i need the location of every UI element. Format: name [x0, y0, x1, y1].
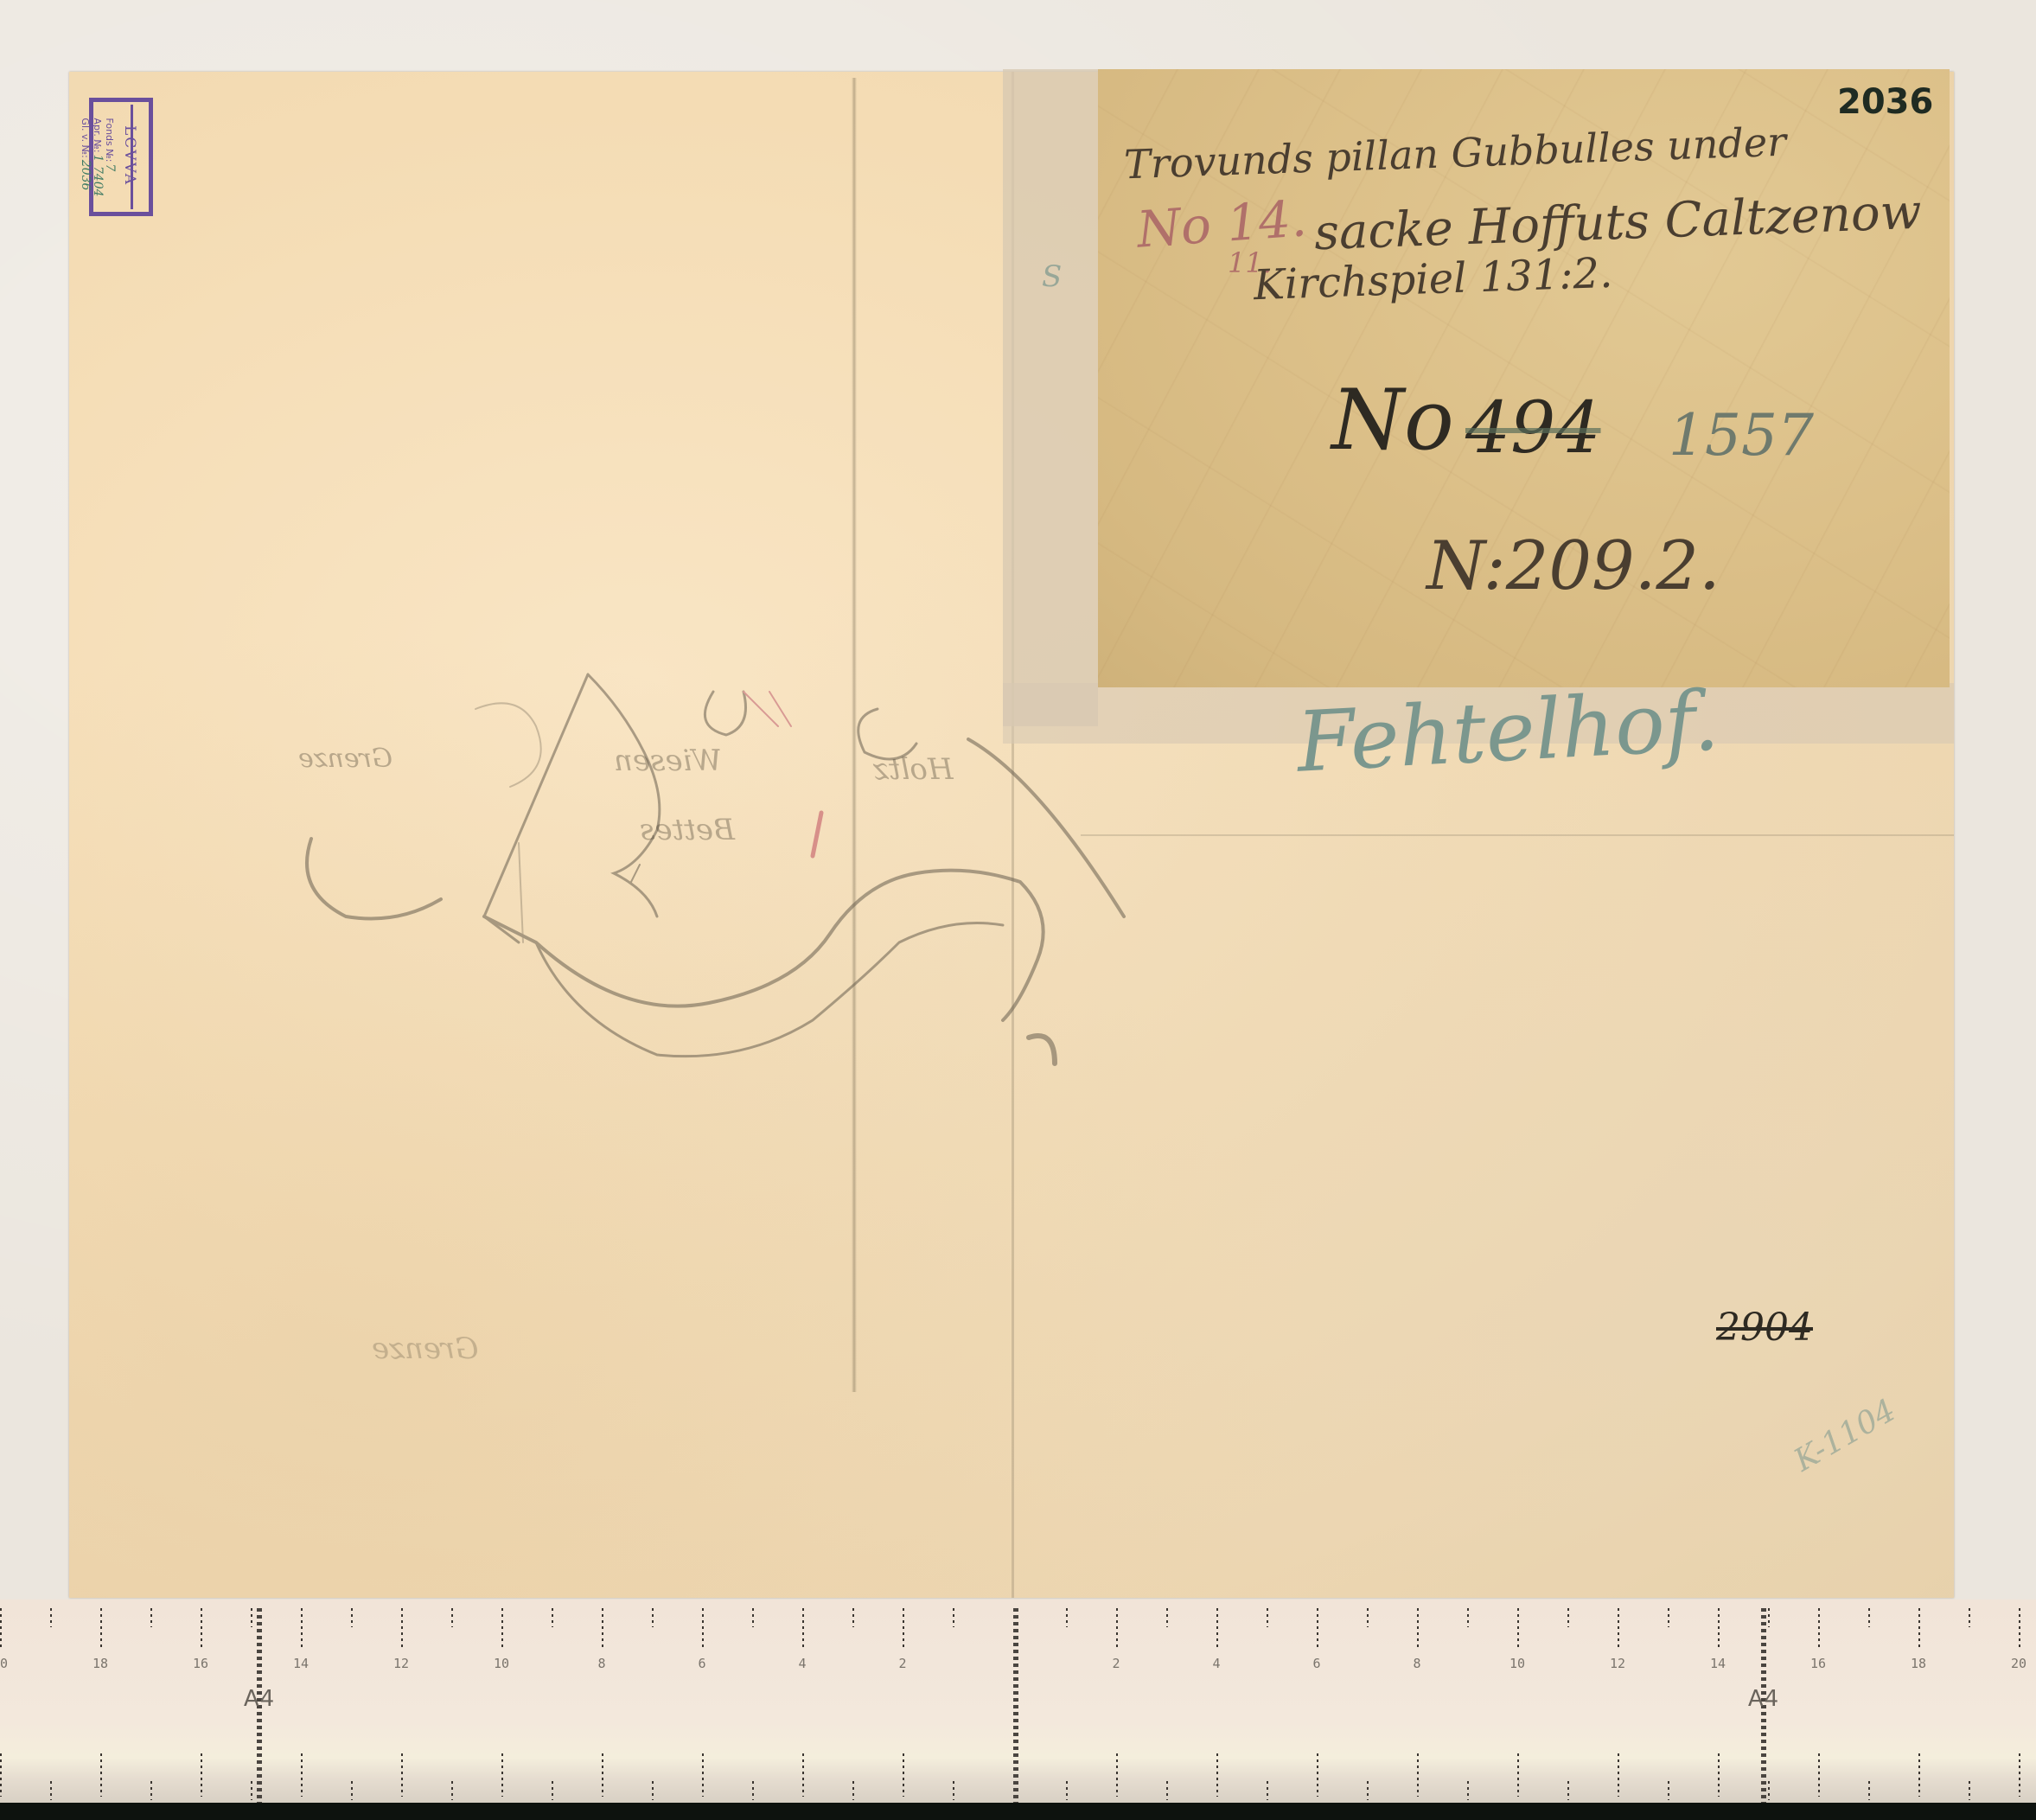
ruler-tick: [1367, 1608, 1369, 1627]
ruler-tick: [1768, 1781, 1770, 1800]
ruler-tick: [1918, 1753, 1920, 1797]
ruler-tick: [301, 1753, 303, 1797]
ruler-tick: [1367, 1781, 1369, 1800]
ruler-number: 2: [898, 1656, 906, 1671]
ruler-tick: [1166, 1608, 1168, 1627]
ruler-tick: [351, 1781, 353, 1800]
ruler-tick: [552, 1608, 553, 1627]
ruler-tick: [1267, 1781, 1268, 1800]
ruler-tick: [752, 1781, 754, 1800]
stamp-field-gl: Gl. v. №:2036: [80, 118, 92, 196]
ruler-tick: [1868, 1781, 1870, 1800]
ruler-tick: [1267, 1608, 1268, 1627]
ruler-tick: [201, 1753, 202, 1797]
ruler-number: 10: [494, 1656, 509, 1671]
ruler-number: 12: [393, 1656, 409, 1671]
ruler-tick: [451, 1608, 453, 1627]
ruler-tick: [2019, 1753, 2020, 1797]
ruler-tick: [2019, 1608, 2020, 1650]
fold-line-horizontal: [1081, 834, 1954, 836]
ruler-tick: [1718, 1753, 1720, 1797]
ruler-number: 14: [293, 1656, 309, 1671]
label-red-number: No 14.: [1135, 188, 1309, 259]
ruler-tick: [1618, 1753, 1619, 1797]
ruler-tick: [1668, 1781, 1669, 1800]
bleed-text-bettes: Bettes: [640, 813, 735, 847]
number-prefix: No: [1331, 372, 1454, 469]
ruler-number: 8: [597, 1656, 605, 1671]
ruler-tick: [1969, 1781, 1970, 1800]
ruler-tick: [100, 1753, 102, 1797]
ruler-tick: [903, 1753, 904, 1797]
ruler-tick: [1066, 1608, 1068, 1627]
stamp-title: LCVVA: [121, 125, 138, 186]
ruler-tick: [1567, 1608, 1569, 1627]
ruler-tick: [301, 1608, 303, 1650]
ruler-tick: [652, 1608, 654, 1627]
ruler-tick: [652, 1781, 654, 1800]
struck-number-bottom: 2904: [1716, 1306, 1813, 1350]
ruler-tick: [802, 1753, 804, 1797]
ruler-tick: [1317, 1753, 1318, 1797]
stamp-field-apr: Apr. №:1 7404: [92, 118, 104, 196]
ruler-tick: [1216, 1753, 1218, 1797]
ruler-number: 8: [1413, 1656, 1420, 1671]
ruler-number: 20: [2011, 1656, 2026, 1671]
ruler-tick: [1969, 1608, 1970, 1627]
ruler-tick: [1216, 1608, 1218, 1650]
ruler-number: 16: [193, 1656, 208, 1671]
ruler-tick: [1517, 1608, 1519, 1650]
ruler-number: 18: [1911, 1656, 1926, 1671]
ruler-tick: [1768, 1608, 1770, 1627]
ruler-tick: [451, 1781, 453, 1800]
ruler-a4-label: A4: [1748, 1686, 1779, 1712]
ruler-tick: [1116, 1608, 1118, 1650]
tape-strip-vertical: [1003, 69, 1098, 726]
ruler-number: 10: [1509, 1656, 1525, 1671]
ruler-number: 16: [1810, 1656, 1826, 1671]
ruler-number: 18: [93, 1656, 108, 1671]
ruler-tick: [702, 1608, 704, 1650]
ruler-tick: [100, 1608, 102, 1650]
ruler-tick: [351, 1608, 353, 1627]
ruler-tick: [1066, 1781, 1068, 1800]
ruler-tick: [1668, 1608, 1669, 1627]
ruler-tick: [401, 1753, 403, 1797]
number-second: N:209.2.: [1426, 527, 1720, 605]
ruler-tick: [602, 1753, 603, 1797]
ruler-number: 6: [1312, 1656, 1320, 1671]
stamp-field-fonds: Fonds №:7: [104, 118, 116, 196]
bleed-text-wiesen: Wiesen: [614, 744, 722, 778]
ruler-tick: [602, 1608, 603, 1650]
ruler-tick: [0, 1753, 2, 1797]
bleed-text-bottom: Grenze: [372, 1331, 478, 1366]
faint-mark: S: [1042, 259, 1062, 294]
ruler-tick: [150, 1781, 152, 1800]
ruler-tick: [251, 1608, 252, 1627]
ruler-tick: [1467, 1608, 1469, 1627]
ruler-tick: [1317, 1608, 1318, 1650]
bleed-text-holtz: Holtz: [873, 752, 954, 787]
ruler-tick: [852, 1608, 854, 1627]
number-struck: 494: [1465, 387, 1601, 469]
catalog-number: 2036: [1837, 82, 1933, 122]
scanner-edge: [0, 1803, 2036, 1820]
ruler-a4-label: A4: [244, 1686, 275, 1712]
ruler-number: 4: [798, 1656, 806, 1671]
ruler-center-line: [1013, 1608, 1018, 1803]
ruler-tick: [1166, 1781, 1168, 1800]
ruler-tick: [1567, 1781, 1569, 1800]
ruler-tick: [953, 1781, 954, 1800]
ruler-tick: [1417, 1753, 1419, 1797]
ruler-tick: [903, 1608, 904, 1650]
ruler-tick: [1868, 1608, 1870, 1627]
ruler-number: 2: [1112, 1656, 1120, 1671]
ruler-tick: [1918, 1608, 1920, 1650]
ruler-tick: [1818, 1608, 1820, 1650]
ruler-number: 4: [1212, 1656, 1220, 1671]
ruler-tick: [752, 1608, 754, 1627]
number-alternate: 1557: [1669, 402, 1814, 469]
ruler-number: 12: [1610, 1656, 1625, 1671]
ruler-number: 14: [1710, 1656, 1726, 1671]
ruler-tick: [1417, 1608, 1419, 1650]
ruler-tick: [251, 1781, 252, 1800]
ruler-tick: [1718, 1608, 1720, 1650]
ruler-tick: [953, 1608, 954, 1627]
stamp-fields: Fonds №:7 Apr. №:1 7404 Gl. v. №:2036: [80, 118, 116, 196]
ruler-tick: [401, 1608, 403, 1650]
ruler-tick: [552, 1781, 553, 1800]
ruler-tick: [501, 1753, 503, 1797]
ruler-tick: [0, 1608, 2, 1650]
ruler-tick: [1467, 1781, 1469, 1800]
ruler-number: 6: [698, 1656, 705, 1671]
ruler-tick: [1618, 1608, 1619, 1650]
ruler-tick: [501, 1608, 503, 1650]
ruler-tick: [50, 1781, 52, 1800]
ruler-tick: [1517, 1753, 1519, 1797]
ruler-tick: [702, 1753, 704, 1797]
bleed-text-grenze: Grenze: [298, 744, 393, 774]
ruler-tick: [201, 1608, 202, 1650]
ruler-number: 20: [0, 1656, 8, 1671]
ruler-tick: [1116, 1753, 1118, 1797]
ruler-tick: [50, 1608, 52, 1627]
ruler-tick: [150, 1608, 152, 1627]
ruler-tick: [852, 1781, 854, 1800]
ruler-tick: [1818, 1753, 1820, 1797]
ruler-tick: [802, 1608, 804, 1650]
